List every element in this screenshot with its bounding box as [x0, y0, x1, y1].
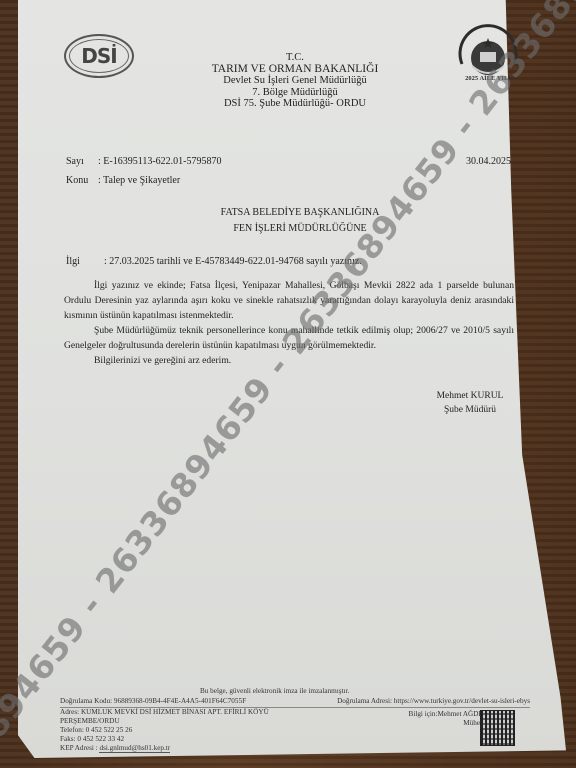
- kep-address: KEP Adresi : dsi.gnlmud@hs01.kep.tr: [60, 744, 269, 753]
- header-directorate: Devlet Su İşleri Genel Müdürlüğü: [160, 75, 430, 87]
- sayi-label: Sayı: [66, 156, 84, 167]
- ilgi-label: İlgi: [66, 256, 80, 267]
- address-line-2: PERŞEMBE/ORDU: [60, 717, 269, 726]
- dsi-logo-text: DSİ: [81, 44, 116, 68]
- esign-note: Bu belge, güvenli elektronik imza ile im…: [200, 687, 349, 696]
- letterhead: T.C. TARIM VE ORMAN BAKANLIĞI Devlet Su …: [160, 52, 430, 110]
- signatory-title: Şube Müdürü: [420, 403, 520, 417]
- info-contact-name: Bilgi için:Mehmet AĞDERE: [382, 710, 492, 719]
- header-tc: T.C.: [160, 52, 430, 64]
- info-contact-block: Bilgi için:Mehmet AĞDERE Mühendis: [382, 710, 492, 728]
- info-contact-title: Mühendis: [382, 719, 492, 728]
- fax-number: Faks: 0 452 522 33 42: [60, 735, 269, 744]
- signature-block: Mehmet KURUL Şube Müdürü: [420, 389, 520, 417]
- ilgi-value: : 27.03.2025 tarihli ve E-45783449-622.0…: [104, 256, 362, 267]
- kep-address-link[interactable]: dsi.gnlmud@hs01.kep.tr: [99, 744, 170, 753]
- header-region: 7. Bölge Müdürlüğü: [160, 87, 430, 99]
- kep-label: KEP Adresi :: [60, 744, 99, 752]
- dsi-logo: DSİ: [64, 34, 134, 78]
- sayi-value: : E-16395113-622.01-5795870: [98, 156, 222, 167]
- signatory-name: Mehmet KURUL: [420, 389, 520, 403]
- body-paragraph-1: İlgi yazınız ve ekinde; Fatsa İlçesi, Ye…: [64, 278, 514, 323]
- qr-code-icon: [480, 710, 515, 746]
- verification-code: Doğrulama Kodu: 96889368-09B4-4F4E-A4A5-…: [60, 697, 246, 706]
- header-ministry: TARIM VE ORMAN BAKANLIĞI: [160, 64, 430, 76]
- konu-value: : Talep ve Şikayetler: [98, 175, 180, 186]
- address-line-1: Adres: KUMLUK MEVKİ DSİ HİZMET BİNASI AP…: [60, 708, 269, 717]
- document-date: 30.04.2025: [466, 156, 511, 167]
- phone-number: Telefon: 0 452 522 25 26: [60, 726, 269, 735]
- header-branch: DSİ 75. Şube Müdürlüğü- ORDU: [160, 98, 430, 110]
- verification-address-link[interactable]: Doğrulama Adresi: https://www.turkiye.go…: [337, 697, 530, 706]
- contact-block: Adres: KUMLUK MEVKİ DSİ HİZMET BİNASI AP…: [60, 708, 269, 753]
- verification-line: Doğrulama Kodu: 96889368-09B4-4F4E-A4A5-…: [60, 697, 530, 708]
- konu-label: Konu: [66, 175, 88, 186]
